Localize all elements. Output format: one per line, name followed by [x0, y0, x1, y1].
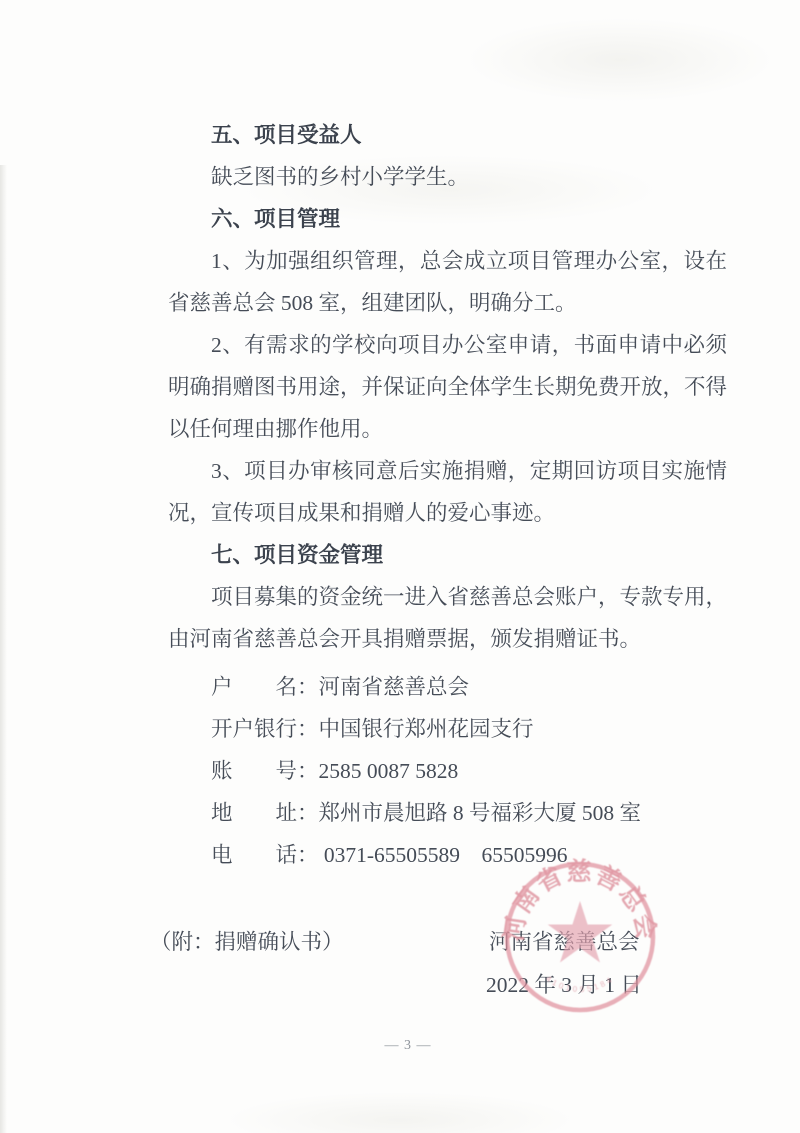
account-number-label: 账 号：: [211, 759, 319, 783]
address-row: 地 址：郑州市晨旭路 8 号福彩大厦 508 室: [168, 792, 727, 834]
phone-label: 电 话：: [211, 843, 319, 867]
page-number: — 3 —: [350, 1038, 466, 1054]
section-heading-6: 六、项目管理: [168, 198, 727, 240]
paragraph: 项目募集的资金统一进入省慈善总会账户，专款专用，由河南省慈善总会开具捐赠票据，颁…: [168, 576, 727, 660]
paragraph: 2、有需求的学校向项目办公室申请，书面申请中必须明确捐赠图书用途，并保证向全体学…: [168, 324, 727, 450]
account-name-row: 户 名：河南省慈善总会: [168, 666, 727, 708]
attachment-note: （附：捐赠确认书）: [150, 925, 344, 956]
section-heading-7: 七、项目资金管理: [168, 534, 727, 576]
bank-info-block: 户 名：河南省慈善总会 开户银行：中国银行郑州花园支行 账 号：2585 008…: [168, 666, 727, 876]
document-page: 五、项目受益人 缺乏图书的乡村小学学生。 六、项目管理 1、为加强组织管理，总会…: [0, 0, 800, 1133]
bank-value: 中国银行郑州花园支行: [319, 717, 534, 741]
section-heading-5: 五、项目受益人: [168, 114, 727, 156]
phone-row: 电 话： 0371-65505589 65505996: [168, 834, 727, 876]
bank-row: 开户银行：中国银行郑州花园支行: [168, 708, 727, 750]
address-value: 郑州市晨旭路 8 号福彩大厦 508 室: [319, 801, 642, 825]
phone-value: 0371-65505589 65505996: [319, 843, 568, 867]
address-label: 地 址：: [211, 801, 319, 825]
account-name-label: 户 名：: [211, 675, 319, 699]
document-body: 五、项目受益人 缺乏图书的乡村小学学生。 六、项目管理 1、为加强组织管理，总会…: [168, 114, 727, 876]
paragraph: 3、项目办审核同意后实施捐赠，定期回访项目实施情况，宣传项目成果和捐赠人的爱心事…: [168, 450, 727, 534]
scan-edge-artifact: [0, 165, 7, 1133]
account-number-row: 账 号：2585 0087 5828: [168, 750, 727, 792]
account-name-value: 河南省慈善总会: [319, 675, 470, 699]
bank-label: 开户银行：: [211, 717, 319, 741]
account-number-value: 2585 0087 5828: [319, 759, 459, 783]
paragraph: 缺乏图书的乡村小学学生。: [168, 156, 727, 198]
paragraph: 1、为加强组织管理，总会成立项目管理办公室，设在省慈善总会 508 室，组建团队…: [168, 240, 727, 324]
signature-date: 2022 年 3 月 1 日: [486, 968, 642, 999]
signature-org: 河南省慈善总会: [489, 925, 640, 956]
